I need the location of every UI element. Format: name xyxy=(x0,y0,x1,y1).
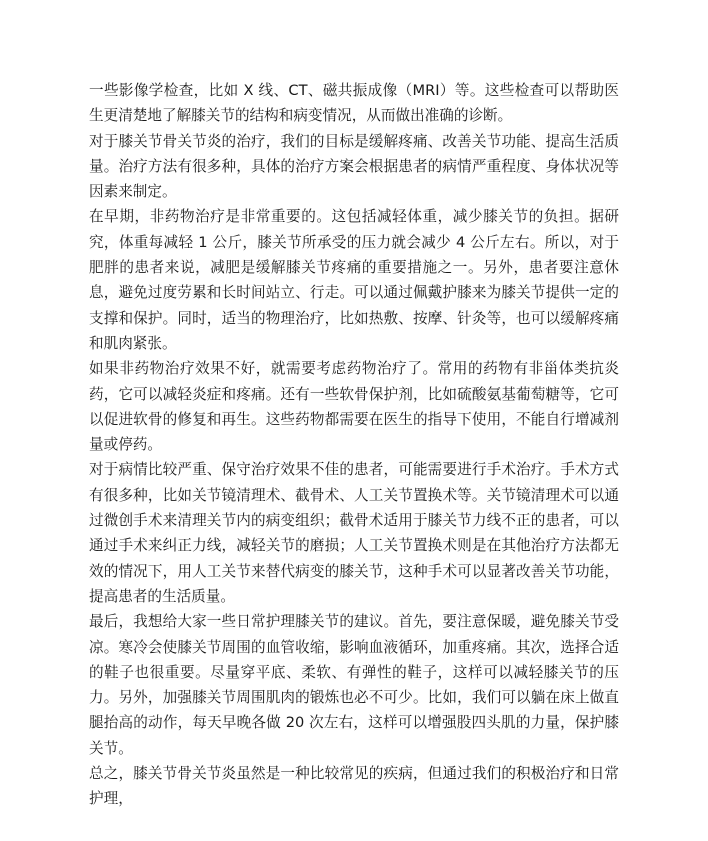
paragraph-daily-care: 最后，我想给大家一些日常护理膝关节的建议。首先，要注意保暖，避免膝关节受凉。寒冷… xyxy=(89,609,619,761)
paragraph-surgical-treatment: 对于病情比较严重、保守治疗效果不佳的患者，可能需要进行手术治疗。手术方式有很多种… xyxy=(89,457,619,609)
document-page: 一些影像学检查，比如 X 线、CT、磁共振成像（MRI）等。这些检查可以帮助医生… xyxy=(89,78,619,812)
paragraph-non-drug-treatment: 在早期，非药物治疗是非常重要的。这包括减轻体重，减少膝关节的负担。据研究，体重每… xyxy=(89,204,619,356)
paragraph-imaging-exams: 一些影像学检查，比如 X 线、CT、磁共振成像（MRI）等。这些检查可以帮助医生… xyxy=(89,78,619,129)
paragraph-conclusion: 总之，膝关节骨关节炎虽然是一种比较常见的疾病，但通过我们的积极治疗和日常护理， xyxy=(89,761,619,812)
paragraph-drug-treatment: 如果非药物治疗效果不好，就需要考虑药物治疗了。常用的药物有非甾体类抗炎药，它可以… xyxy=(89,356,619,457)
paragraph-treatment-goals: 对于膝关节骨关节炎的治疗，我们的目标是缓解疼痛、改善关节功能、提高生活质量。治疗… xyxy=(89,129,619,205)
